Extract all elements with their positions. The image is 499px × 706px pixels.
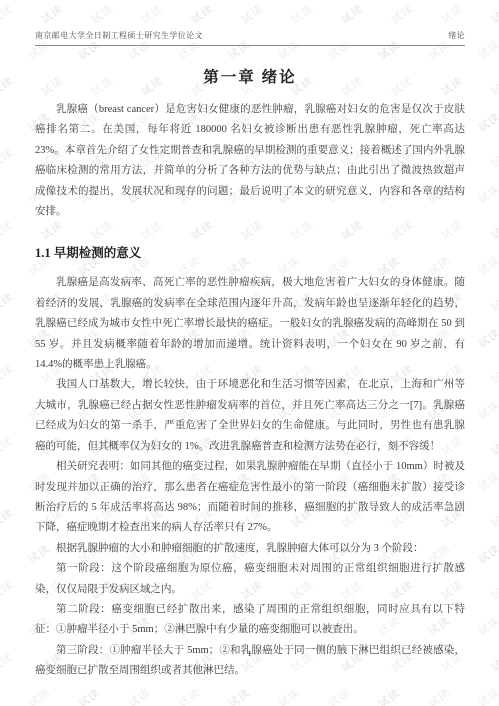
chapter-title: 第一章 绪论 — [35, 65, 465, 87]
section-paragraph-1: 乳腺癌是高发病率、高死亡率的恶性肿瘤疾病，极大地危害着广大妇女的身体健康。随着经… — [35, 273, 465, 375]
intro-paragraph: 乳腺癌（breast cancer）是危害妇女健康的恶性肿瘤，乳腺癌对妇女的危害… — [35, 100, 465, 222]
section-paragraph-stage-3: 第三阶段：①肿瘤半径大于 5mm；②和乳腺癌处于同一侧的腋下淋巴组织已经被感染，… — [35, 641, 465, 682]
page-content: 南京邮电大学全日制工程硕士研究生学位论文 绪论 第一章 绪论 乳腺癌（breas… — [0, 0, 499, 706]
running-header: 南京邮电大学全日制工程硕士研究生学位论文 绪论 — [35, 30, 465, 46]
document-page: 试读试读试读试读试读试读试读试读试读试读试读试读试读试读试读试读试读试读试读试读… — [0, 0, 499, 706]
running-header-left: 南京邮电大学全日制工程硕士研究生学位论文 — [35, 30, 203, 41]
section-heading-1-1: 1.1 早期检测的意义 — [35, 243, 465, 261]
running-header-right: 绪论 — [448, 30, 465, 41]
section-paragraph-4: 根据乳腺肿瘤的大小和肿瘤细胞的扩散速度，乳腺肿瘤大体可以分为 3 个阶段： — [35, 539, 465, 559]
section-paragraph-stage-2: 第二阶段：癌变细胞已经扩散出来，感染了周围的正常组织细胞，同时应具有以下特征：①… — [35, 600, 465, 641]
section-paragraph-3: 相关研究表明：如同其他的癌变过程，如果乳腺肿瘤能在早期（直径小于 10mm）时被… — [35, 457, 465, 539]
section-paragraph-stage-1: 第一阶段：这个阶段癌细胞为原位癌，癌变细胞未对周围的正常组织细胞进行扩散感染，仅… — [35, 559, 465, 600]
section-paragraph-2: 我国人口基数大，增长较快，由于环境恶化和生活习惯等因素，在北京，上海和广州等大城… — [35, 375, 465, 457]
